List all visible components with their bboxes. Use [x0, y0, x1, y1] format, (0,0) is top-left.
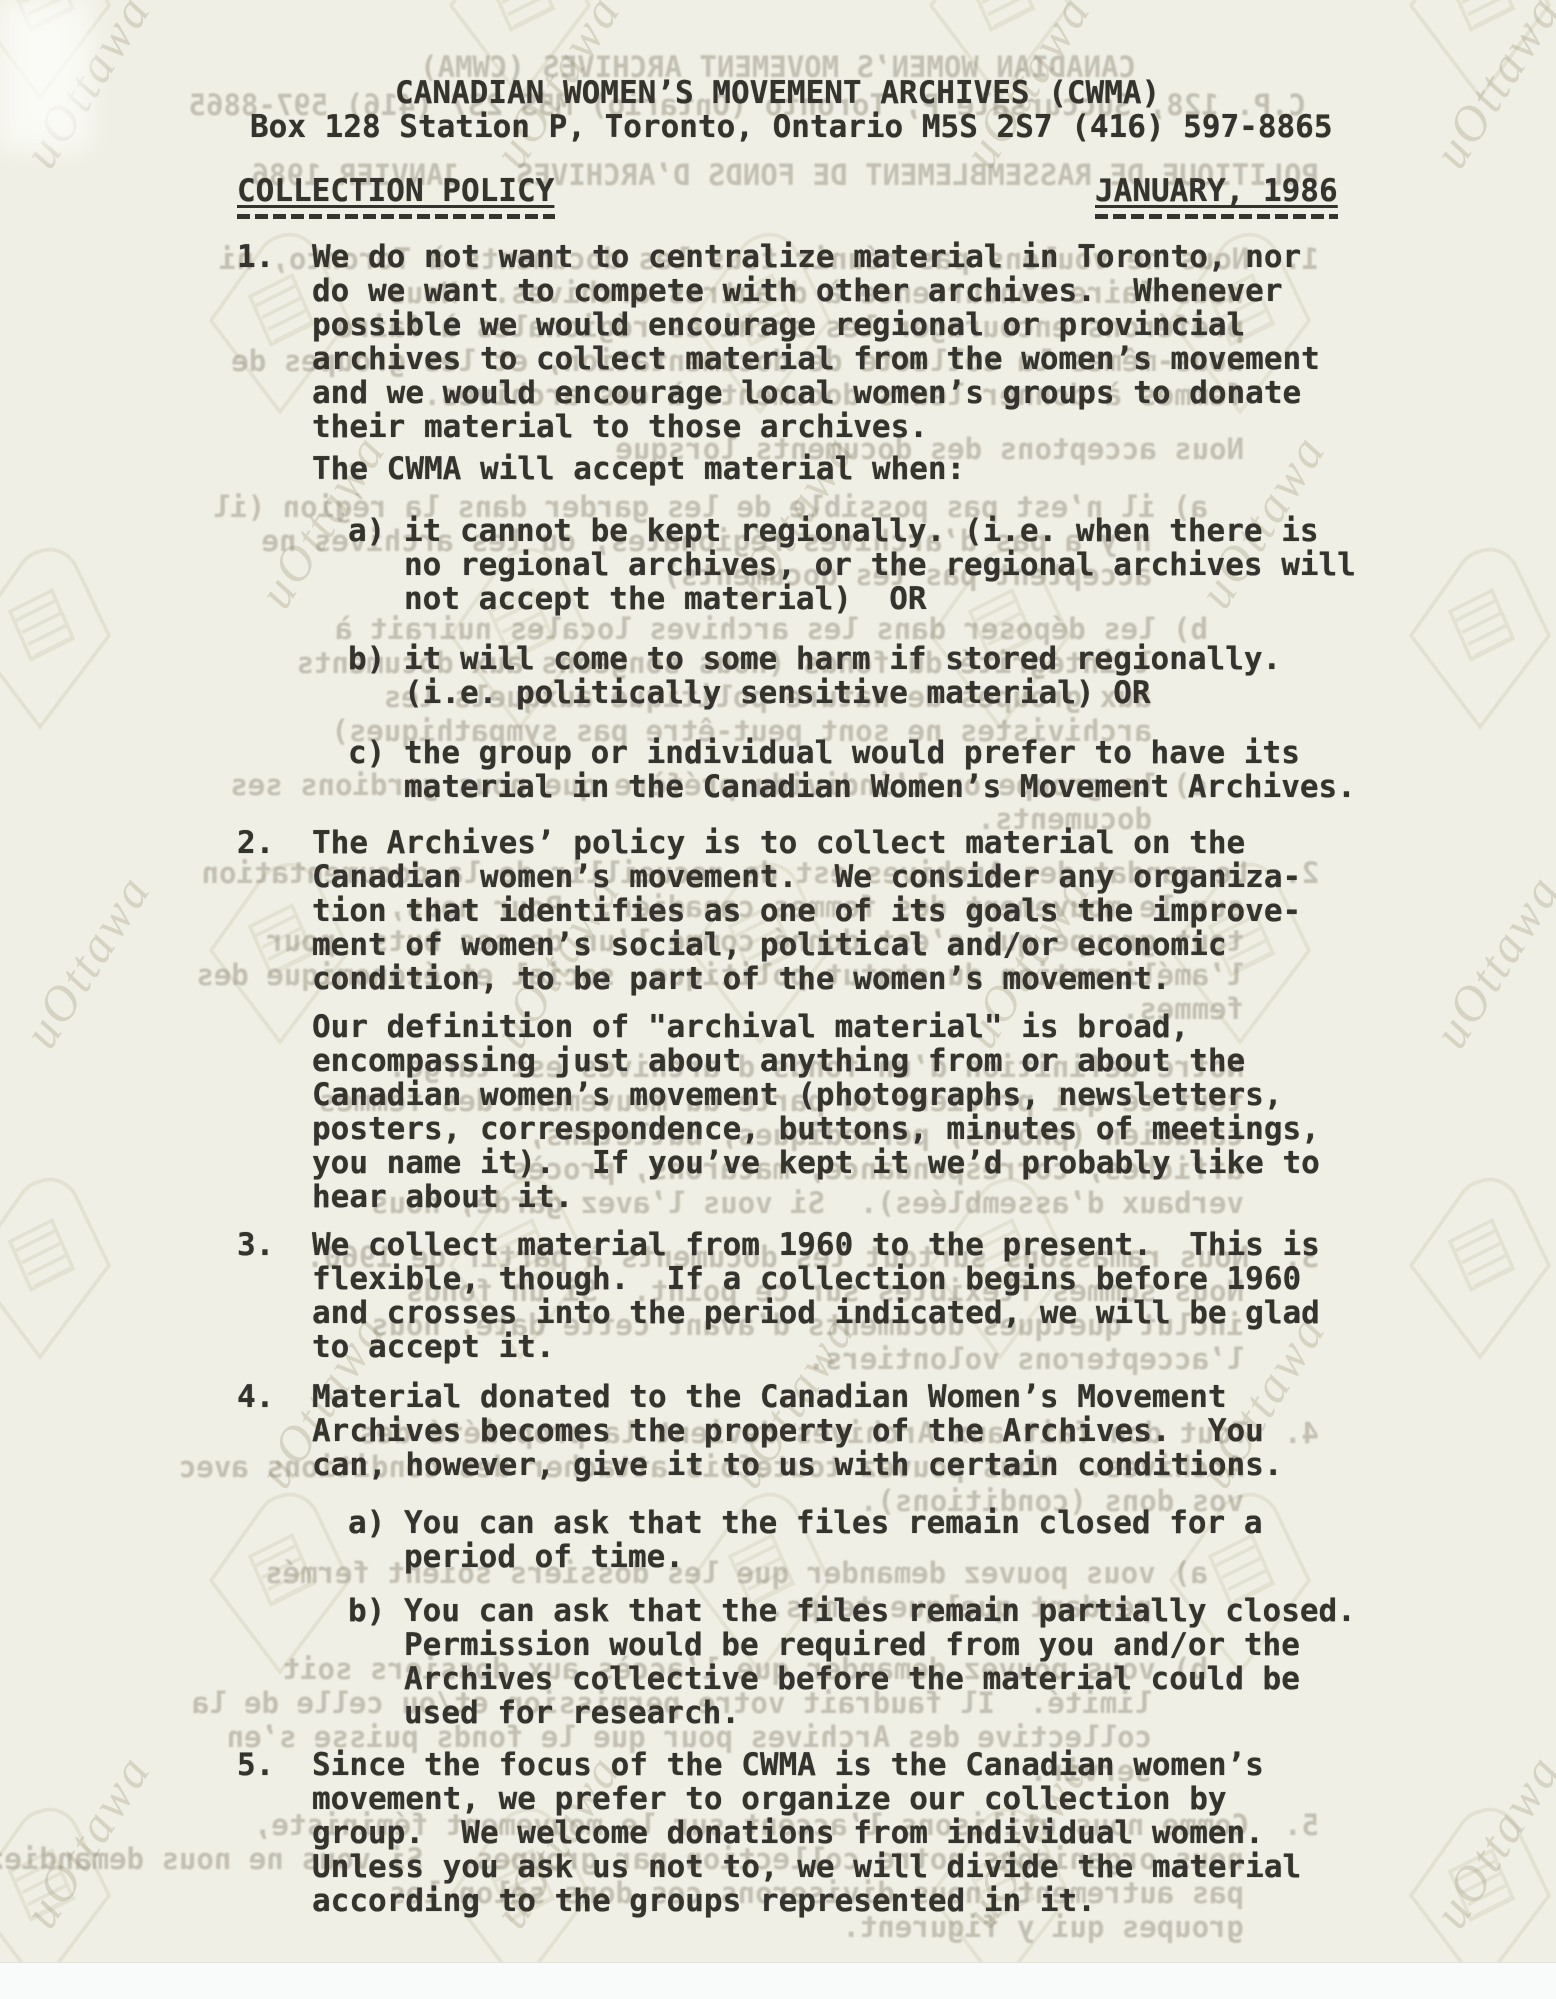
- item1-text: We do not want to centralize material in…: [312, 240, 1320, 444]
- item4-sub-b-text: You can ask that the files remain partia…: [404, 1594, 1356, 1730]
- uottawa-text-watermark: uOttawa: [11, 863, 163, 1058]
- scanned-document-page: uOttawauOttawauOttawauOttawauOttawauOtta…: [0, 0, 1556, 1999]
- uottawa-logo-icon: [205, 1490, 355, 1680]
- uottawa-logo-icon: [1405, 545, 1555, 735]
- document-header-line1: CANADIAN WOMEN’S MOVEMENT ARCHIVES (CWMA…: [395, 76, 1160, 110]
- item1-sub-b-letter: b): [348, 642, 385, 676]
- uottawa-logo-icon: [0, 545, 115, 735]
- date-dashed-underline: [1095, 214, 1338, 219]
- item4-sub-a-text: You can ask that the files remain closed…: [404, 1506, 1263, 1574]
- item4-number: 4.: [237, 1380, 274, 1414]
- item1-sub-a-text: it cannot be kept regionally. (i.e. when…: [404, 514, 1356, 616]
- scan-bottom-edge: [0, 1962, 1556, 1999]
- document-title: COLLECTION POLICY: [237, 174, 554, 208]
- uottawa-logo-icon: [0, 1175, 115, 1365]
- item4-sub-b-letter: b): [348, 1594, 385, 1628]
- uottawa-logo-icon: [1405, 0, 1555, 105]
- item1-sub-c-letter: c): [348, 736, 385, 770]
- accept-intro-text: The CWMA will accept material when:: [312, 452, 965, 486]
- uottawa-text-watermark: uOttawa: [11, 1743, 163, 1938]
- item1-number: 1.: [237, 240, 274, 274]
- scan-edge-highlight: [0, 0, 90, 150]
- item1-sub-a-letter: a): [348, 514, 385, 548]
- uottawa-text-watermark: uOttawa: [1421, 1743, 1556, 1938]
- document-date: JANUARY, 1986: [1095, 174, 1338, 208]
- uottawa-text-watermark: uOttawa: [1421, 0, 1556, 178]
- title-dashed-underline: [237, 214, 555, 219]
- item4-text: Material donated to the Canadian Women’s…: [312, 1380, 1283, 1482]
- item2-text: The Archives’ policy is to collect mater…: [312, 826, 1301, 996]
- item5-number: 5.: [237, 1748, 274, 1782]
- uottawa-text-watermark: uOttawa: [1421, 863, 1556, 1058]
- item4-sub-a-letter: a): [348, 1506, 385, 1540]
- item1-sub-b-text: it will come to some harm if stored regi…: [404, 642, 1281, 710]
- item2-extra-paragraph: Our definition of "archival material" is…: [312, 1010, 1320, 1214]
- item2-number: 2.: [237, 826, 274, 860]
- item5-text: Since the focus of the CWMA is the Canad…: [312, 1748, 1301, 1918]
- item1-sub-c-text: the group or individual would prefer to …: [404, 736, 1356, 804]
- item3-text: We collect material from 1960 to the pre…: [312, 1228, 1320, 1364]
- uottawa-logo-icon: [1405, 1175, 1555, 1365]
- item3-number: 3.: [237, 1228, 274, 1262]
- document-header-line2: Box 128 Station P, Toronto, Ontario M5S …: [250, 110, 1333, 144]
